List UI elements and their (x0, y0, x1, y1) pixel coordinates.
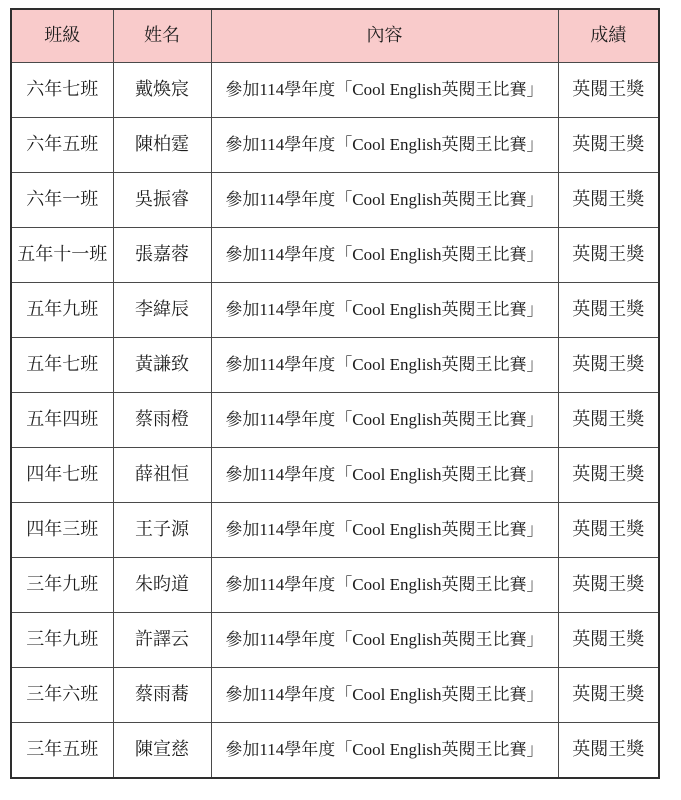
header-content: 內容 (211, 9, 558, 63)
document-page: 班級 姓名 內容 成績 六年七班 戴煥宸 參加114學年度「Cool Engli… (0, 0, 681, 800)
award-table: 班級 姓名 內容 成績 六年七班 戴煥宸 參加114學年度「Cool Engli… (10, 8, 660, 779)
table-row: 三年六班 蔡雨蕎 參加114學年度「Cool English英閱王比賽」 英閱王… (11, 668, 659, 723)
cell-student-name: 許譯云 (113, 613, 211, 668)
cell-award: 英閱王獎 (558, 118, 659, 173)
table-row: 三年五班 陳宣慈 參加114學年度「Cool English英閱王比賽」 英閱王… (11, 723, 659, 779)
table-row: 五年七班 黃謙致 參加114學年度「Cool English英閱王比賽」 英閱王… (11, 338, 659, 393)
table-row: 三年九班 朱昀道 參加114學年度「Cool English英閱王比賽」 英閱王… (11, 558, 659, 613)
cell-content: 參加114學年度「Cool English英閱王比賽」 (211, 63, 558, 118)
cell-student-name: 朱昀道 (113, 558, 211, 613)
cell-award: 英閱王獎 (558, 283, 659, 338)
cell-content: 參加114學年度「Cool English英閱王比賽」 (211, 558, 558, 613)
cell-student-name: 王子源 (113, 503, 211, 558)
cell-student-name: 薛祖恒 (113, 448, 211, 503)
cell-award: 英閱王獎 (558, 723, 659, 779)
cell-award: 英閱王獎 (558, 228, 659, 283)
cell-class: 三年五班 (11, 723, 113, 779)
cell-content: 參加114學年度「Cool English英閱王比賽」 (211, 448, 558, 503)
table-header-row: 班級 姓名 內容 成績 (11, 9, 659, 63)
cell-content: 參加114學年度「Cool English英閱王比賽」 (211, 118, 558, 173)
cell-award: 英閱王獎 (558, 613, 659, 668)
cell-content: 參加114學年度「Cool English英閱王比賽」 (211, 503, 558, 558)
table-row: 四年七班 薛祖恒 參加114學年度「Cool English英閱王比賽」 英閱王… (11, 448, 659, 503)
cell-class: 六年七班 (11, 63, 113, 118)
cell-class: 四年七班 (11, 448, 113, 503)
cell-award: 英閱王獎 (558, 448, 659, 503)
cell-class: 五年七班 (11, 338, 113, 393)
cell-class: 五年九班 (11, 283, 113, 338)
cell-content: 參加114學年度「Cool English英閱王比賽」 (211, 338, 558, 393)
cell-award: 英閱王獎 (558, 63, 659, 118)
table-row: 五年四班 蔡雨橙 參加114學年度「Cool English英閱王比賽」 英閱王… (11, 393, 659, 448)
table-row: 六年一班 吳振睿 參加114學年度「Cool English英閱王比賽」 英閱王… (11, 173, 659, 228)
table-row: 六年五班 陳柏霆 參加114學年度「Cool English英閱王比賽」 英閱王… (11, 118, 659, 173)
header-class: 班級 (11, 9, 113, 63)
header-result: 成績 (558, 9, 659, 63)
cell-student-name: 李緯辰 (113, 283, 211, 338)
table-row: 六年七班 戴煥宸 參加114學年度「Cool English英閱王比賽」 英閱王… (11, 63, 659, 118)
cell-content: 參加114學年度「Cool English英閱王比賽」 (211, 723, 558, 779)
cell-class: 四年三班 (11, 503, 113, 558)
cell-content: 參加114學年度「Cool English英閱王比賽」 (211, 613, 558, 668)
cell-award: 英閱王獎 (558, 393, 659, 448)
table-row: 五年九班 李緯辰 參加114學年度「Cool English英閱王比賽」 英閱王… (11, 283, 659, 338)
cell-content: 參加114學年度「Cool English英閱王比賽」 (211, 283, 558, 338)
cell-student-name: 蔡雨橙 (113, 393, 211, 448)
cell-student-name: 吳振睿 (113, 173, 211, 228)
cell-student-name: 陳柏霆 (113, 118, 211, 173)
cell-class: 六年一班 (11, 173, 113, 228)
cell-class: 三年九班 (11, 613, 113, 668)
cell-student-name: 蔡雨蕎 (113, 668, 211, 723)
cell-student-name: 陳宣慈 (113, 723, 211, 779)
cell-award: 英閱王獎 (558, 173, 659, 228)
cell-student-name: 戴煥宸 (113, 63, 211, 118)
table-row: 三年九班 許譯云 參加114學年度「Cool English英閱王比賽」 英閱王… (11, 613, 659, 668)
table-row: 五年十一班 張嘉蓉 參加114學年度「Cool English英閱王比賽」 英閱… (11, 228, 659, 283)
cell-award: 英閱王獎 (558, 558, 659, 613)
cell-class: 三年九班 (11, 558, 113, 613)
cell-award: 英閱王獎 (558, 503, 659, 558)
cell-class: 五年四班 (11, 393, 113, 448)
cell-class: 五年十一班 (11, 228, 113, 283)
cell-content: 參加114學年度「Cool English英閱王比賽」 (211, 173, 558, 228)
cell-class: 六年五班 (11, 118, 113, 173)
cell-student-name: 黃謙致 (113, 338, 211, 393)
cell-content: 參加114學年度「Cool English英閱王比賽」 (211, 393, 558, 448)
cell-content: 參加114學年度「Cool English英閱王比賽」 (211, 668, 558, 723)
cell-award: 英閱王獎 (558, 668, 659, 723)
cell-class: 三年六班 (11, 668, 113, 723)
cell-student-name: 張嘉蓉 (113, 228, 211, 283)
header-name: 姓名 (113, 9, 211, 63)
cell-content: 參加114學年度「Cool English英閱王比賽」 (211, 228, 558, 283)
cell-award: 英閱王獎 (558, 338, 659, 393)
table-row: 四年三班 王子源 參加114學年度「Cool English英閱王比賽」 英閱王… (11, 503, 659, 558)
